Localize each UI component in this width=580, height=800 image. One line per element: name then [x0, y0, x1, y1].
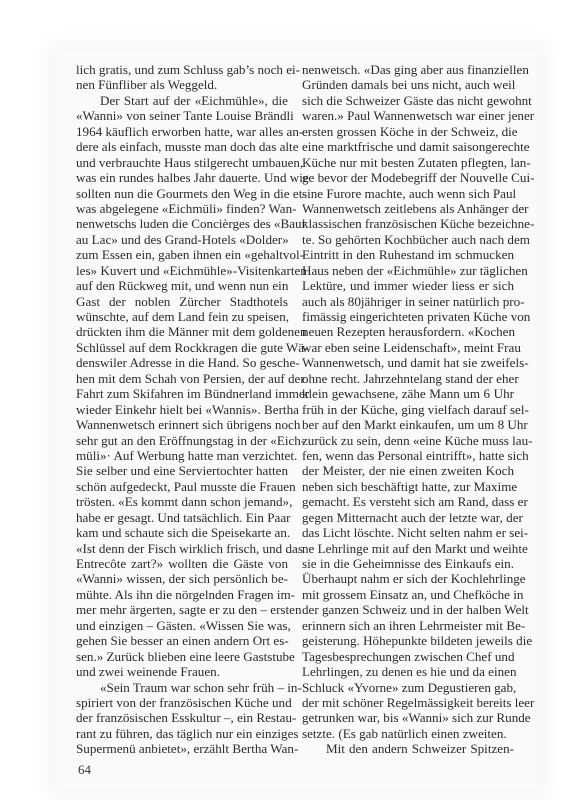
text-line: ohne recht. Jahrzehntelang stand der ehe…	[302, 371, 514, 386]
text-line: mer mehr ärgerten, sagte er zu den – ers…	[76, 602, 288, 617]
text-line: sollten nun die Gourmets den Weg in die …	[76, 186, 288, 201]
text-line: wünschte, auf dem Land fein zu speisen,	[76, 309, 288, 324]
text-line: Schluck «Yvorne» zum Degustieren gab,	[302, 680, 514, 695]
text-line: und einzigen – Gästen. «Wissen Sie was,	[76, 618, 288, 633]
text-line: «Sein Traum war schon sehr früh – in-	[76, 680, 288, 695]
text-line: erinnern sich an ihren Lehrmeister mit B…	[302, 618, 514, 633]
text-line: neben sich beschäftigt hatte, zur Maxime	[302, 479, 514, 494]
text-line: sine Furore machte, auch wenn sich Paul	[302, 186, 514, 201]
text-line: denswiler Adresse in die Hand. So gesche…	[76, 355, 288, 370]
text-line: klein gewachsene, zähe Mann um 6 Uhr	[302, 386, 514, 401]
text-line: Der Start auf der «Eichmühle», die	[76, 93, 288, 108]
text-line: sie in die Geheimnisse des Einkaufs ein.	[302, 556, 514, 571]
text-line: getrunken war, bis «Wanni» sich zur Rund…	[302, 710, 514, 725]
text-line: rant zu führen, das täglich nur ein einz…	[76, 726, 288, 741]
text-line: ne Lehrlinge mit auf den Markt und weiht…	[302, 541, 514, 556]
text-line: drückten ihm die Männer mit dem goldenen	[76, 324, 288, 339]
text-line: Wannenwetsch erinnert sich übrigens noch	[76, 417, 288, 432]
text-line: und verbrauchte Haus stilgerecht umbauen…	[76, 155, 288, 170]
text-line: Schlüssel auf dem Rockkragen die gute Wä…	[76, 340, 288, 355]
text-line: Gründen damals bei uns nicht, auch weil	[302, 77, 514, 92]
text-line: nen Fünfliber als Weggeld.	[76, 77, 288, 92]
text-line: eine marktfrische und damit saisongerech…	[302, 139, 514, 154]
text-line: ge bevor der Modebegriff der Nouvelle Cu…	[302, 170, 514, 185]
text-line: au Lac» und des Grand-Hotels «Dolder»	[76, 232, 288, 247]
text-line: setzte. (Es gab natürlich einen zweiten.	[302, 726, 514, 741]
left-text-column: lich gratis, und zum Schluss gab’s noch …	[76, 62, 288, 757]
text-line: der ganzen Schweiz und in der halben Wel…	[302, 602, 514, 617]
text-line: Lektüre, und immer wieder liess er sich	[302, 278, 514, 293]
text-line: Wannenwetsch zeitlebens als Anhänger der	[302, 201, 514, 216]
text-line: was ein rundes halbes Jahr dauerte. Und …	[76, 170, 288, 185]
text-line: früh in der Küche, ging vielfach darauf …	[302, 402, 514, 417]
text-line: mit grossem Einsatz an, und Chefköche in	[302, 587, 514, 602]
text-line: Küche nur mit besten Zutaten pflegten, l…	[302, 155, 514, 170]
text-line: ersten grossen Köche in der Schweiz, die	[302, 124, 514, 139]
page-number: 64	[78, 762, 91, 778]
text-line: Lehrlingen, zu denen es hie und da einen	[302, 664, 514, 679]
text-line: kam und schaute sich die Speisekarte an.	[76, 525, 288, 540]
right-text-column: nenwetsch. «Das ging aber aus finanziell…	[302, 62, 514, 757]
text-line: was abgelegene «Eichmüli» finden? Wan-	[76, 201, 288, 216]
text-line: lich gratis, und zum Schluss gab’s noch …	[76, 62, 288, 77]
text-line: Supermenü anbietet», erzählt Bertha Wan-	[76, 741, 288, 756]
text-line: mühte. Als ihn die nörgelnden Fragen im-	[76, 587, 288, 602]
text-line: sehr gut an den Eröffnungstag in der «Ei…	[76, 433, 288, 448]
text-line: hen mit dem Schah von Persien, der auf d…	[76, 371, 288, 386]
text-line: trösten. «Es kommt dann schon jemand»,	[76, 494, 288, 509]
text-line: das Licht löschte. Nicht selten nahm er …	[302, 525, 514, 540]
text-line: sich die Schweizer Gäste das nicht gewoh…	[302, 93, 514, 108]
text-line: ber auf den Markt einkaufen, um um 8 Uhr	[302, 417, 514, 432]
text-line: spiriert von der französischen Küche und	[76, 695, 288, 710]
text-line: gehen Sie besser an einen andern Ort es-	[76, 633, 288, 648]
text-line: fimässig eingerichteten privaten Küche v…	[302, 309, 514, 324]
text-line: müli»· Auf Werbung hatte man verzichtet.	[76, 448, 288, 463]
text-line: «Wanni» von seiner Tante Louise Brändli	[76, 108, 288, 123]
text-line: Mit den andern Schweizer Spitzen-	[302, 741, 514, 756]
text-line: les» Kuvert und «Eichmühle»-Visitenkarte…	[76, 263, 288, 278]
text-line: der mit schöner Regelmässigkeit bereits …	[302, 695, 514, 710]
text-line: Gast der noblen Zürcher Stadthotels	[76, 294, 288, 309]
text-line: habe er gesagt. Und tatsächlich. Ein Paa…	[76, 510, 288, 525]
text-line: schön aufgedeckt, Paul musste die Frauen	[76, 479, 288, 494]
text-line: zurück zu sein, denn «eine Küche muss la…	[302, 433, 514, 448]
text-line: klassischen französischen Küche bezeichn…	[302, 216, 514, 231]
text-line: zum Essen ein, gaben ihnen ein «gehaltvo…	[76, 247, 288, 262]
text-line: Tagesbesprechungen zwischen Chef und	[302, 649, 514, 664]
text-line: Sie selber und eine Serviertochter hatte…	[76, 463, 288, 478]
text-line: Haus neben der «Eichmühle» zur täglichen	[302, 263, 514, 278]
text-line: der französischen Esskultur –, ein Resta…	[76, 710, 288, 725]
text-line: gemacht. Es versteht sich am Rand, dass …	[302, 494, 514, 509]
text-line: Eintritt in den Ruhestand im schmucken	[302, 247, 514, 262]
text-line: war eben seine Leidenschaft», meint Frau	[302, 340, 514, 355]
text-line: fen, wenn das Personal eintrifft», hatte…	[302, 448, 514, 463]
text-line: gegen Mitternacht auch der letzte war, d…	[302, 510, 514, 525]
text-line: und zwei weinende Frauen.	[76, 664, 288, 679]
text-line: Wannenwetsch, und damit hat sie zweifels…	[302, 355, 514, 370]
text-line: auch als 80jähriger in seiner natürlich …	[302, 294, 514, 309]
text-line: Entrecôte zart?» wollten die Gäste von	[76, 556, 288, 571]
text-line: der Meister, der nie einen zweiten Koch	[302, 463, 514, 478]
text-line: Fahrt zum Skifahren im Bündnerland immer	[76, 386, 288, 401]
text-line: «Ist denn der Fisch wirklich frisch, und…	[76, 541, 288, 556]
text-line: Überhaupt nahm er sich der Kochlehrlinge	[302, 571, 514, 586]
text-line: dere als einfach, musste man doch das al…	[76, 139, 288, 154]
text-line: sen.» Zurück blieben eine leere Gaststub…	[76, 649, 288, 664]
text-line: «Wanni» wissen, der sich persönlich be-	[76, 571, 288, 586]
text-line: te. So gehörten Kochbücher auch nach dem	[302, 232, 514, 247]
text-line: geisterung. Höhepunkte bildeten jeweils …	[302, 633, 514, 648]
text-line: auf den Rückweg mit, und wenn nun ein	[76, 278, 288, 293]
text-line: neuen Rezepten herausfordern. «Kochen	[302, 324, 514, 339]
text-line: nenwetschs luden die Concièrges des «Bau…	[76, 216, 288, 231]
text-line: waren.» Paul Wannenwetsch war einer jene…	[302, 108, 514, 123]
text-line: wieder Einkehr hielt bei «Wannis». Berth…	[76, 402, 288, 417]
text-line: nenwetsch. «Das ging aber aus finanziell…	[302, 62, 514, 77]
text-line: 1964 käuflich erworben hatte, war alles …	[76, 124, 288, 139]
